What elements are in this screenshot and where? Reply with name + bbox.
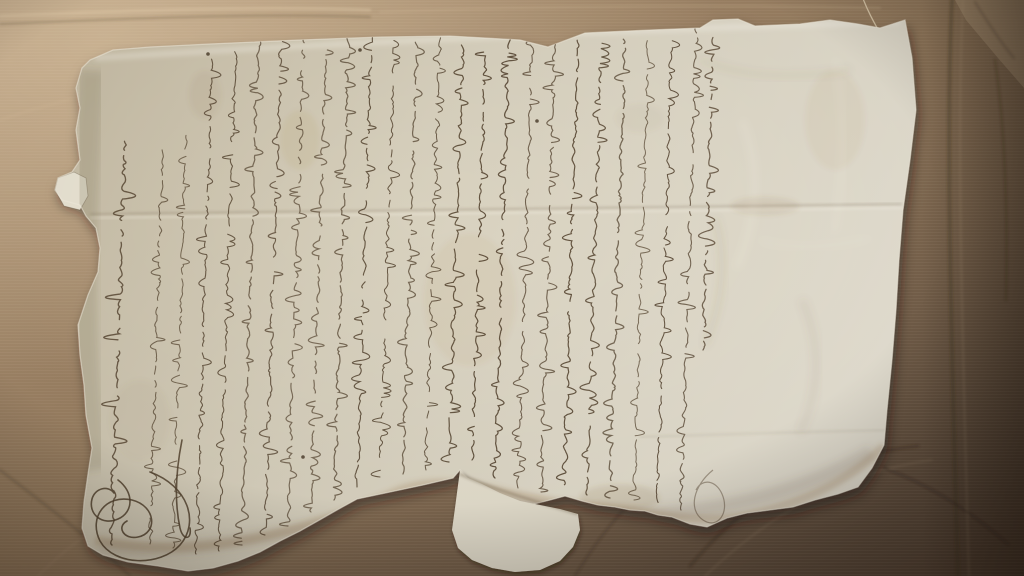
- vignette-overlay: [0, 0, 1024, 576]
- scene-canvas: [0, 0, 1024, 576]
- photograph-manuscript-on-kraft-paper: [0, 0, 1024, 576]
